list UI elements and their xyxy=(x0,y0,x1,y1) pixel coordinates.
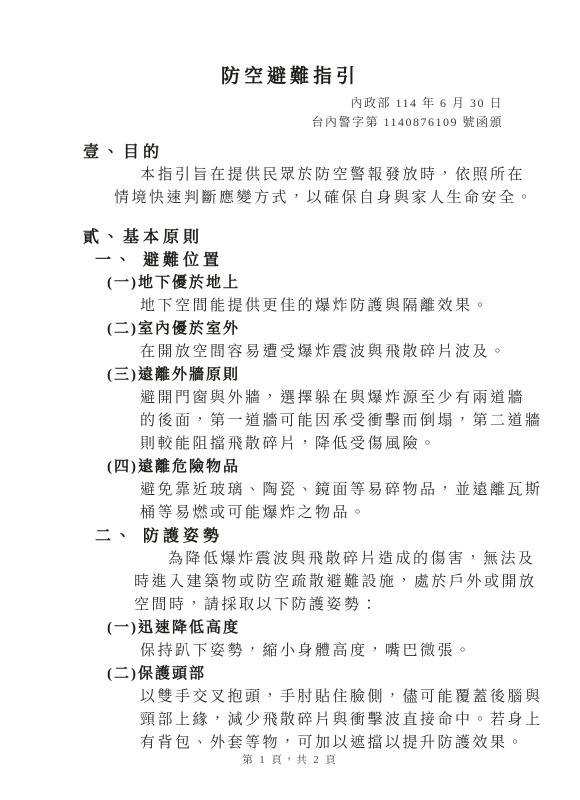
text-line: 避開門窗與外牆，選擇躲在與爆炸源至少有兩道牆 xyxy=(140,387,580,410)
text-line: 地下空間能提供更佳的爆炸防護與隔離效果。 xyxy=(140,295,580,318)
text-line: 為降低爆炸震波與飛散碎片造成的傷害，無法及 xyxy=(168,548,580,571)
text-line: 則較能阻擋飛散碎片，降低受傷風險。 xyxy=(140,433,580,456)
text-line: 在開放空間容易遭受爆炸震波與飛散碎片波及。 xyxy=(140,341,580,364)
text-line: 保持趴下姿勢，縮小身體高度，嘴巴微張。 xyxy=(140,640,580,663)
section-heading-principles: 貳、基本原則 xyxy=(83,226,580,249)
item-heading-underground: (一)地下優於地上 xyxy=(107,272,580,295)
issuer-date-line: 內政部 114 年 6 月 30 日 xyxy=(0,94,503,113)
text-line: 空間時，請採取以下防護姿勢： xyxy=(134,594,580,617)
section-heading-purpose: 壹、目的 xyxy=(83,141,580,164)
subsection-heading-shelter-location: 一、 避難位置 xyxy=(95,249,580,272)
document-meta: 內政部 114 年 6 月 30 日 台內警字第 1140876109 號函頒 xyxy=(0,94,580,132)
text-line: 時進入建築物或防空疏散避難設施，處於戶外或開放 xyxy=(134,571,580,594)
page-number-footer: 第 1 頁，共 2 頁 xyxy=(0,752,580,767)
doc-number-line: 台內警字第 1140876109 號函頒 xyxy=(0,113,503,132)
text-line: 桶等易燃或可能爆炸之物品。 xyxy=(140,502,580,525)
text-line: 的後面，第一道牆可能因承受衝擊而倒塌，第二道牆 xyxy=(140,410,580,433)
document-body: 壹、目的 本指引旨在提供民眾於防空警報發放時，依照所在 情境快速判斷應變方式，以… xyxy=(0,141,580,755)
item-heading-away-from-hazards: (四)遠離危險物品 xyxy=(107,456,580,479)
text-line: 以雙手交叉抱頭，手肘貼住臉側，儘可能覆蓋後腦與 xyxy=(140,686,580,709)
document-title: 防空避難指引 xyxy=(0,0,580,90)
text-line: 情境快速判斷應變方式，以確保自身與家人生命安全。 xyxy=(114,187,580,210)
item-heading-protect-head: (二)保護頭部 xyxy=(107,663,580,686)
text-line: 避免靠近玻璃、陶瓷、鏡面等易碎物品，並遠離瓦斯 xyxy=(140,479,580,502)
document-page: 防空避難指引 內政部 114 年 6 月 30 日 台內警字第 11408761… xyxy=(0,0,580,800)
item-heading-indoor: (二)室內優於室外 xyxy=(107,318,580,341)
text-line: 頸部上緣，減少飛散碎片與衝擊波直接命中。若身上 xyxy=(140,709,580,732)
item-heading-away-from-walls: (三)遠離外牆原則 xyxy=(107,364,580,387)
subsection-heading-protective-posture: 二、 防護姿勢 xyxy=(95,525,580,548)
item-heading-lower-height: (一)迅速降低高度 xyxy=(107,617,580,640)
text-line: 本指引旨在提供民眾於防空警報發放時，依照所在 xyxy=(140,164,580,187)
